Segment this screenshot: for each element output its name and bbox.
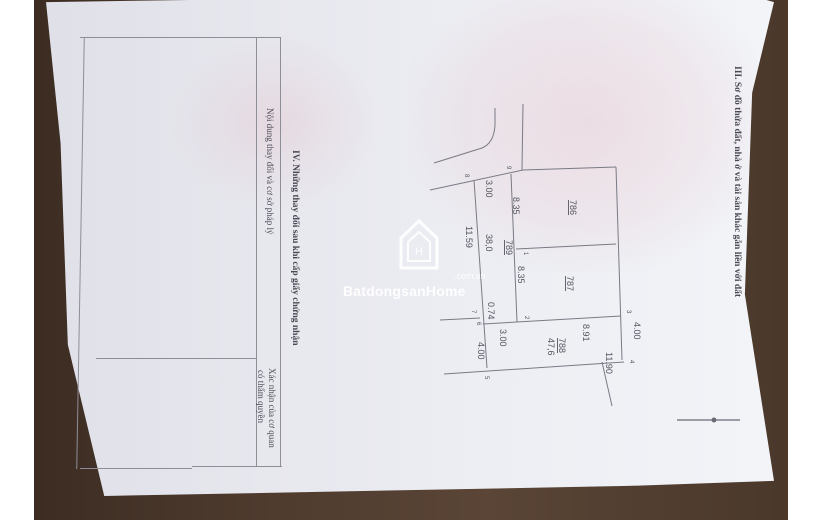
parcel-788-area: 47,6 bbox=[546, 338, 556, 356]
dim-3-00-top: 3.00 bbox=[484, 180, 494, 198]
dim-8-35-upper: 8.35 bbox=[511, 197, 521, 215]
dim-11-90: 11.90 bbox=[604, 352, 614, 374]
parcel-786: 786 bbox=[568, 200, 578, 215]
vertex-8: 8 bbox=[463, 174, 469, 178]
north-arrow-icon bbox=[677, 418, 740, 422]
vertex-4: 4 bbox=[628, 360, 634, 364]
dim-4-00-right: 4.00 bbox=[632, 322, 642, 340]
vertex-2: 2 bbox=[523, 316, 529, 320]
vertex-3: 3 bbox=[625, 310, 631, 314]
svg-text:H: H bbox=[415, 246, 423, 258]
dim-8-91: 8.91 bbox=[581, 324, 591, 342]
vertex-9: 9 bbox=[505, 166, 511, 170]
parcel-787: 787 bbox=[565, 276, 575, 291]
house-logo-icon: H bbox=[398, 218, 440, 270]
dim-4-00-left: 4.00 bbox=[476, 342, 486, 360]
watermark-brand: BatdongsanHome bbox=[343, 283, 466, 299]
parcel-789-area: 38,0 bbox=[484, 234, 494, 252]
dim-8-35-lower: 8.35 bbox=[516, 266, 526, 284]
document-photo: III. Sơ đồ thửa đất, nhà ở và tài sản kh… bbox=[0, 0, 840, 520]
vertex-5: 5 bbox=[483, 376, 489, 380]
dim-0-74: 0.74 bbox=[486, 302, 496, 320]
dim-11-59: 11.59 bbox=[464, 226, 474, 248]
vertex-6: 6 bbox=[475, 322, 481, 326]
watermark-domain: .com.vn bbox=[454, 271, 486, 281]
road-edge bbox=[434, 108, 495, 163]
vertex-1: 1 bbox=[522, 252, 528, 256]
dim-3-00-lower: 3.00 bbox=[498, 329, 508, 347]
vertex-7: 7 bbox=[470, 310, 476, 314]
parcel-789: 789 bbox=[504, 240, 514, 255]
parcel-788: 788 bbox=[557, 338, 567, 353]
